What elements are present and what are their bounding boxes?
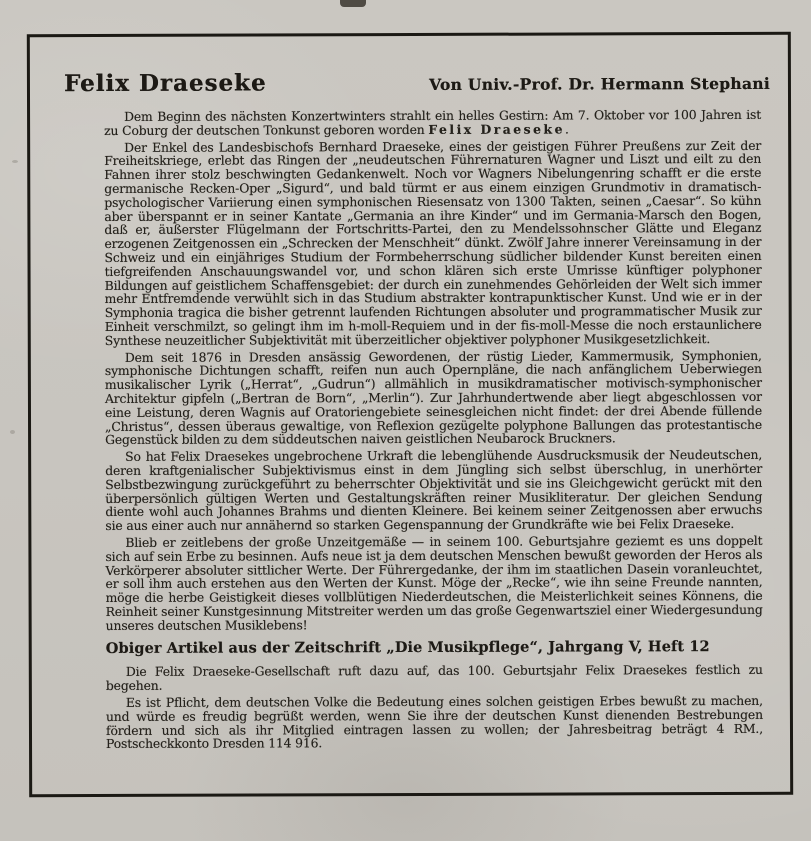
article-frame: Felix Draeseke Von Univ.-Prof. Dr. Herma… (27, 32, 793, 797)
paragraph-centenary: Blieb er zeitlebens der große Unzeitgemä… (105, 534, 762, 633)
scan-speck (10, 430, 15, 434)
article-title: Felix Draeseke (64, 69, 267, 97)
article-body: Dem Beginn des nächsten Konzertwinters s… (104, 108, 763, 751)
scan-edge-artifact (340, 0, 366, 7)
source-note: Obiger Artikel aus der Zeitschrift „Die … (106, 639, 763, 657)
scanned-page: Felix Draeseke Von Univ.-Prof. Dr. Herma… (0, 0, 811, 841)
masthead: Felix Draeseke Von Univ.-Prof. Dr. Herma… (64, 68, 770, 97)
scan-speck (12, 160, 18, 163)
draeseke-name-emphasis: Felix Draeseke (428, 121, 565, 136)
paragraph-intro: Dem Beginn des nächsten Konzertwinters s… (104, 108, 761, 138)
paragraph-appeal-call: Die Felix Draeseke-Gesellschaft ruft daz… (106, 663, 763, 693)
paragraph-appeal-membership: Es ist Pflicht, dem deutschen Volke die … (106, 694, 763, 751)
paragraph-biography-early: Der Enkel des Landesbischofs Bernhard Dr… (104, 138, 762, 347)
paragraph-dresden-years: Dem seit 1876 in Dresden ansässig Geword… (105, 348, 762, 447)
article-byline: Von Univ.-Prof. Dr. Hermann Stephani (429, 74, 770, 94)
intro-tail-text: . (565, 121, 569, 136)
paragraph-urkraft: So hat Felix Draesekes ungebrochene Urkr… (105, 448, 762, 533)
